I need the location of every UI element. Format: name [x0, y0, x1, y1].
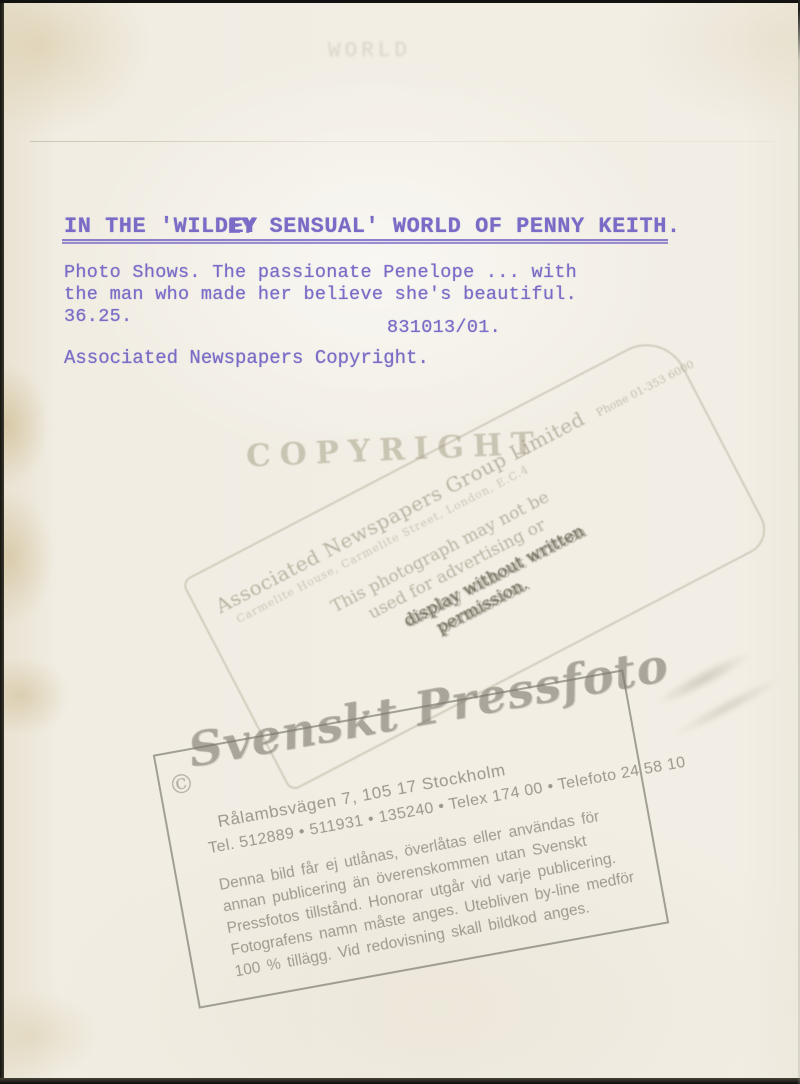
headline-prefix: IN THE 'WILD [64, 214, 228, 239]
scan-edge-top [0, 0, 800, 3]
typed-reference-number: 36.25. [64, 306, 132, 327]
typed-headline: IN THE 'WILDEY SENSUAL' WORLD OF PENNY K… [64, 214, 681, 239]
headline-suffix: SENSUAL' WORLD OF PENNY KEITH. [256, 214, 681, 239]
scan-edge-left [0, 0, 4, 1084]
typed-caption-line1: Photo Shows. The passionate Penelope ...… [64, 262, 577, 283]
headline-overstruck-chars: EY [228, 214, 255, 239]
paper-crease [30, 141, 775, 142]
typed-caption-line2: the man who made her believe she's beaut… [64, 284, 577, 305]
photo-back-scan: WORLD IN THE 'WILDEY SENSUAL' WORLD OF P… [0, 0, 800, 1084]
typed-copyright-line: Associated Newspapers Copyright. [64, 347, 429, 369]
headline-underline [62, 239, 668, 245]
scan-edge-bottom [0, 1078, 800, 1084]
bleed-through-text: WORLD [328, 40, 411, 64]
typed-negative-number: 831013/01. [387, 317, 501, 338]
